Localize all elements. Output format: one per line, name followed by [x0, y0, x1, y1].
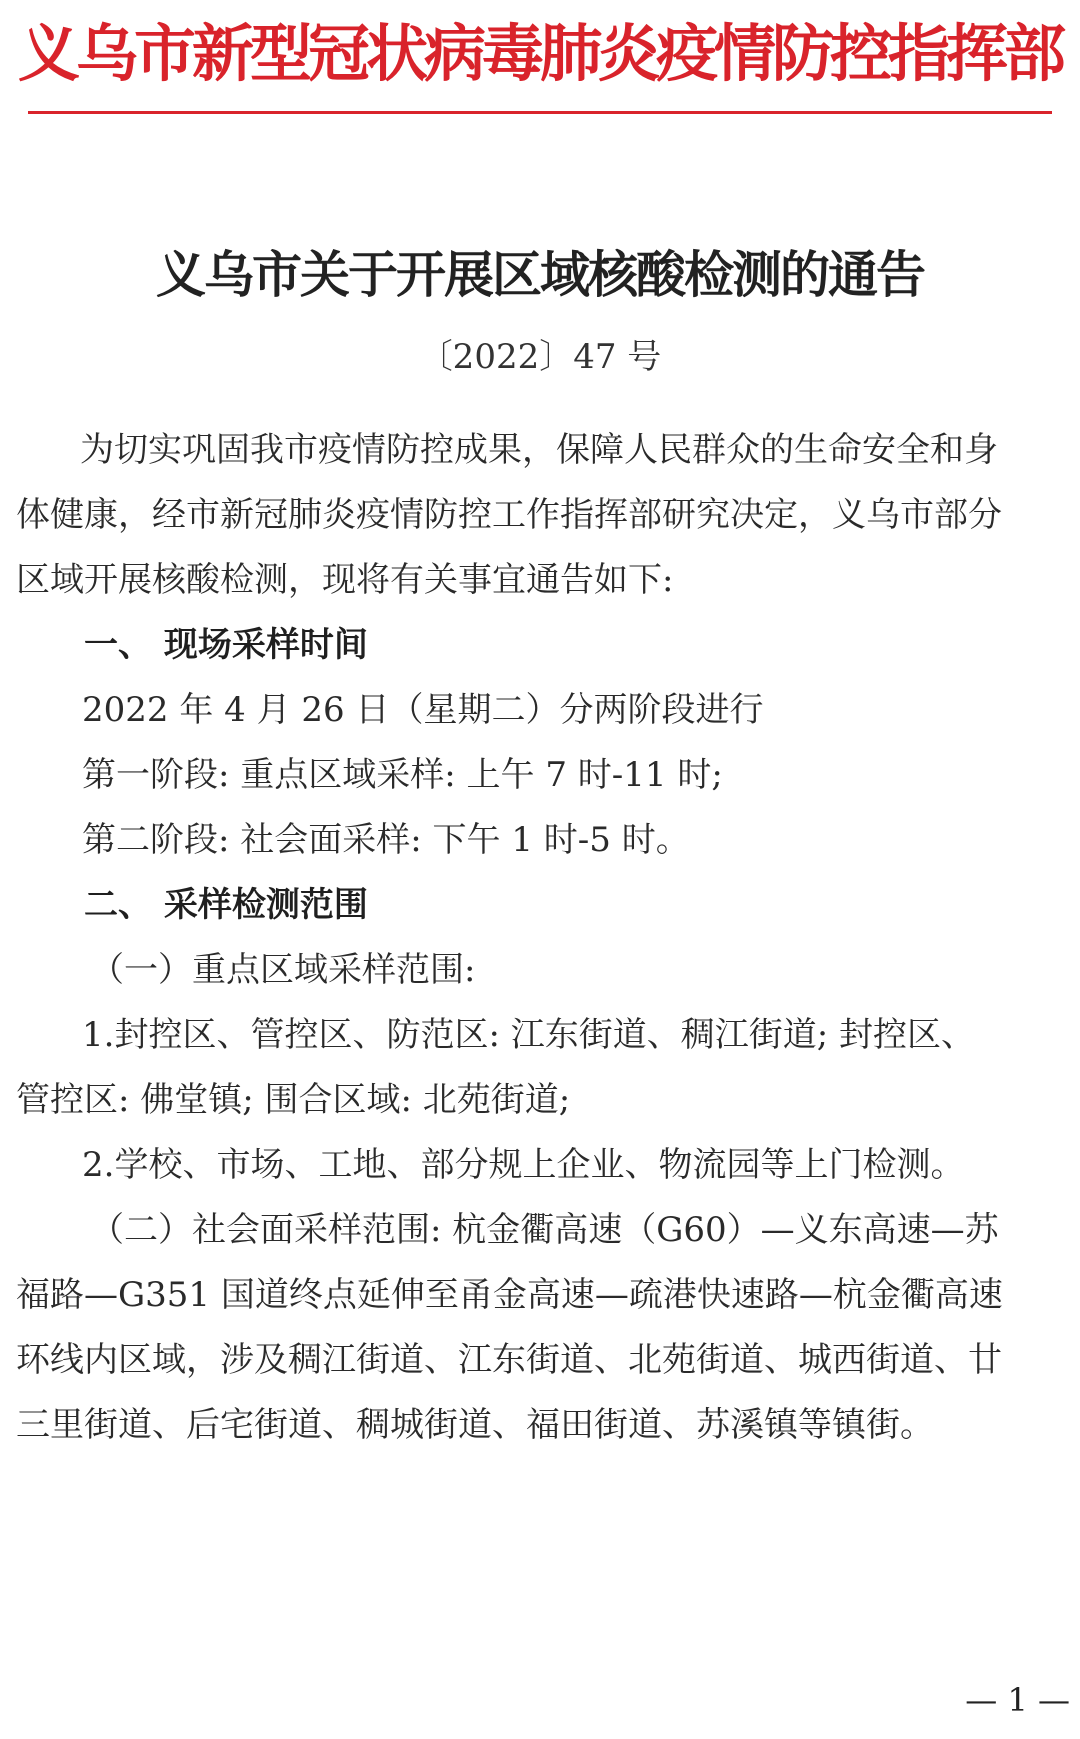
section1-line-2: 第一阶段: 重点区域采样: 上午 7 时-11 时; [82, 753, 723, 797]
document-number: 〔2022〕47 号 [0, 335, 1080, 379]
intro-line-3: 区域开展核酸检测，现将有关事宜通告如下: [16, 558, 673, 602]
sub1-item2: 2.学校、市场、工地、部分规上企业、物流园等上门检测。 [82, 1143, 964, 1187]
section2-heading: 二、 采样检测范围 [84, 883, 368, 927]
intro-line-1: 为切实巩固我市疫情防控成果，保障人民群众的生命安全和身 [80, 428, 998, 472]
section1-heading: 一、 现场采样时间 [84, 623, 368, 667]
red-header-rule [28, 111, 1052, 114]
page-number: — 1 — [965, 1680, 1070, 1720]
section1-line-3: 第二阶段: 社会面采样: 下午 1 时-5 时。 [82, 818, 690, 862]
sub1-item1-line-2: 管控区: 佛堂镇; 围合区域: 北苑街道; [16, 1078, 570, 1122]
intro-line-2: 体健康，经市新冠肺炎疫情防控工作指挥部研究决定，义乌市部分 [16, 493, 1002, 537]
sub2-line-2: 福路—G351 国道终点延伸至甬金高速—疏港快速路—杭金衢高速 [16, 1273, 1003, 1317]
issuer-header: 义乌市新型冠状病毒肺炎疫情防控指挥部 [0, 14, 1080, 94]
document-title: 义乌市关于开展区域核酸检测的通告 [0, 240, 1080, 310]
sub2-line-4: 三里街道、后宅街道、稠城街道、福田街道、苏溪镇等镇街。 [16, 1403, 934, 1447]
sub1-item1-line-1: 1.封控区、管控区、防范区: 江东街道、稠江街道; 封控区、 [82, 1013, 975, 1057]
sub1-heading: （一）重点区域采样范围: [90, 948, 475, 992]
section1-line-1: 2022 年 4 月 26 日（星期二）分两阶段进行 [82, 688, 763, 732]
sub2-line-1: （二）社会面采样范围: 杭金衢高速（G60）—义东高速—苏 [90, 1208, 999, 1252]
sub2-line-3: 环线内区域，涉及稠江街道、江东街道、北苑街道、城西街道、廿 [16, 1338, 1002, 1382]
